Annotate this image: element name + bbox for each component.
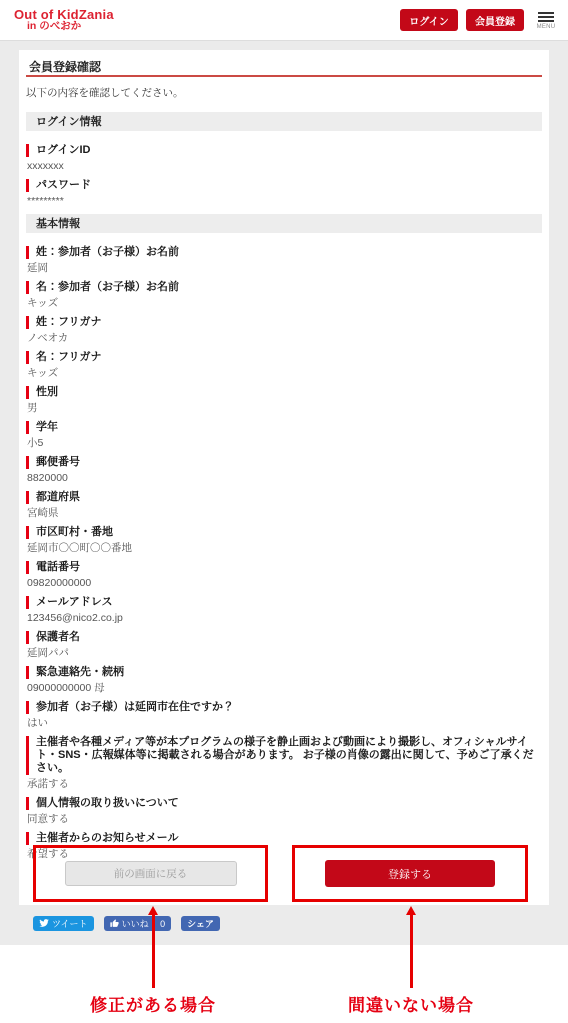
field-label: 保護者名 (26, 631, 542, 644)
logo-line2: in のべおか (14, 21, 114, 32)
field-row: 学年小5 (26, 421, 542, 450)
facebook-share-button[interactable]: シェア (181, 916, 220, 931)
page: Out of KidZania in のべおか ログイン 会員登録 MENU 会… (0, 0, 568, 1023)
annotation-label-back: 修正がある場合 (53, 991, 253, 1016)
field-value: 8820000 (26, 472, 542, 485)
field-value: 09000000000 母 (26, 682, 542, 695)
confirmation-card: 会員登録確認 以下の内容を確認してください。 ログイン情報ログインIDxxxxx… (19, 50, 549, 905)
field-row: 保護者名延岡パパ (26, 631, 542, 660)
field-label: 個人情報の取り扱いについて (26, 797, 542, 810)
tweet-label: ツイート (52, 917, 88, 930)
tweet-button[interactable]: ツイート (33, 916, 94, 931)
field-value: ********* (26, 195, 542, 208)
section-heading: ログイン情報 (26, 112, 542, 131)
field-value: キッズ (26, 367, 542, 380)
share-label: シェア (187, 917, 214, 930)
field-label: 姓：参加者（お子様）お名前 (26, 246, 542, 259)
field-row: メールアドレス123456@nico2.co.jp (26, 596, 542, 625)
field-sections: ログイン情報ログインIDxxxxxxxパスワード*********基本情報姓：参… (26, 112, 542, 861)
field-value: 承諾する (26, 778, 542, 791)
field-label: 名：フリガナ (26, 351, 542, 364)
field-row: 市区町村・番地延岡市〇〇町〇〇番地 (26, 526, 542, 555)
menu-button[interactable]: MENU (536, 10, 556, 30)
buttons-row: 前の画面に戻る 登録する (19, 845, 549, 902)
annotation-arrow-submit (410, 915, 413, 988)
field-label: 主催者からのお知らせメール (26, 832, 542, 845)
back-button[interactable]: 前の画面に戻る (65, 861, 237, 886)
field-label: 名：参加者（お子様）お名前 (26, 281, 542, 294)
menu-label: MENU (536, 24, 556, 30)
field-value: 09820000000 (26, 577, 542, 590)
field-label: 性別 (26, 386, 542, 399)
field-row: 姓：参加者（お子様）お名前延岡 (26, 246, 542, 275)
field-value: xxxxxxx (26, 160, 542, 173)
annotation-arrow-back (152, 915, 155, 988)
field-row: 名：フリガナキッズ (26, 351, 542, 380)
field-row: ログインIDxxxxxxx (26, 144, 542, 173)
annotation-box-submit: 登録する (292, 845, 528, 902)
field-value: 男 (26, 402, 542, 415)
field-row: 都道府県宮崎県 (26, 491, 542, 520)
thumbs-up-icon (110, 919, 119, 928)
field-row: 名：参加者（お子様）お名前キッズ (26, 281, 542, 310)
field-label: 参加者（お子様）は延岡市在住ですか？ (26, 701, 542, 714)
like-label: いいね！ 0 (122, 917, 166, 930)
field-row: 電話番号09820000000 (26, 561, 542, 590)
field-value: 宮崎県 (26, 507, 542, 520)
login-button[interactable]: ログイン (400, 9, 458, 31)
field-label: ログインID (26, 144, 542, 157)
field-value: 延岡市〇〇町〇〇番地 (26, 542, 542, 555)
page-subtitle: 以下の内容を確認してください。 (26, 87, 542, 100)
field-value: 延岡 (26, 262, 542, 275)
field-value: 123456@nico2.co.jp (26, 612, 542, 625)
field-value: 延岡パパ (26, 647, 542, 660)
site-logo[interactable]: Out of KidZania in のべおか (14, 8, 114, 33)
field-label: 電話番号 (26, 561, 542, 574)
logo-line1: Out of KidZania (14, 8, 114, 22)
field-row: 個人情報の取り扱いについて同意する (26, 797, 542, 826)
submit-button[interactable]: 登録する (325, 860, 495, 887)
field-label: 都道府県 (26, 491, 542, 504)
field-value: キッズ (26, 297, 542, 310)
field-row: 主催者や各種メディア等が本プログラムの様子を静止画および動画により撮影し、オフィ… (26, 736, 542, 791)
field-label: パスワード (26, 179, 542, 192)
social-bar: ツイート いいね！ 0 シェア (19, 905, 549, 945)
field-label: 姓：フリガナ (26, 316, 542, 329)
field-label: メールアドレス (26, 596, 542, 609)
field-row: 郵便番号8820000 (26, 456, 542, 485)
page-title: 会員登録確認 (26, 61, 542, 77)
field-value: 同意する (26, 813, 542, 826)
field-row: 姓：フリガナノベオカ (26, 316, 542, 345)
field-label: 学年 (26, 421, 542, 434)
field-value: はい (26, 717, 542, 730)
site-header: Out of KidZania in のべおか ログイン 会員登録 MENU (0, 0, 568, 41)
field-label: 緊急連絡先・続柄 (26, 666, 542, 679)
content-background: 会員登録確認 以下の内容を確認してください。 ログイン情報ログインIDxxxxx… (0, 41, 568, 945)
annotation-label-submit: 間違いない場合 (311, 991, 511, 1016)
header-actions: ログイン 会員登録 MENU (400, 9, 556, 31)
field-row: 参加者（お子様）は延岡市在住ですか？はい (26, 701, 542, 730)
field-label: 市区町村・番地 (26, 526, 542, 539)
field-value: ノベオカ (26, 332, 542, 345)
section-heading: 基本情報 (26, 214, 542, 233)
field-label: 主催者や各種メディア等が本プログラムの様子を静止画および動画により撮影し、オフィ… (26, 736, 542, 775)
field-label: 郵便番号 (26, 456, 542, 469)
annotation-box-back: 前の画面に戻る (33, 845, 268, 902)
field-value: 小5 (26, 437, 542, 450)
hamburger-icon (536, 12, 556, 22)
register-button[interactable]: 会員登録 (466, 9, 524, 31)
field-row: 緊急連絡先・続柄09000000000 母 (26, 666, 542, 695)
twitter-icon (39, 918, 49, 928)
facebook-like-button[interactable]: いいね！ 0 (104, 916, 172, 931)
field-row: パスワード********* (26, 179, 542, 208)
field-row: 性別男 (26, 386, 542, 415)
